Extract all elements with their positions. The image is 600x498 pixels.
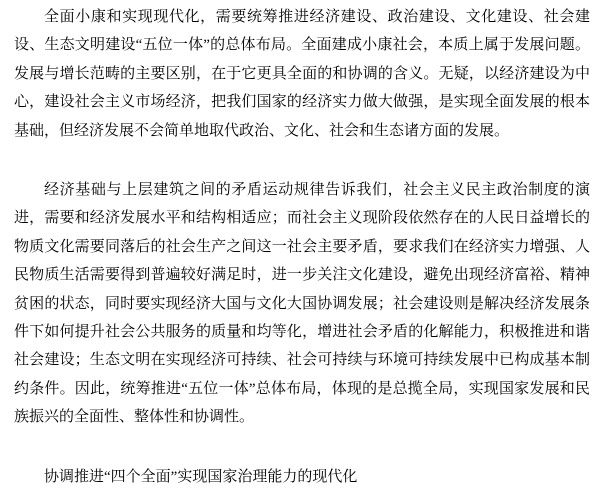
paragraph-four-comprehensives-heading: 协调推进“四个全面”实现国家治理能力的现代化 <box>14 463 590 491</box>
paragraph-five-in-one: 全面小康和实现现代化，需要统筹推进经济建设、政治建设、文化建设、社会建设、生态文… <box>14 3 590 145</box>
document-page: 全面小康和实现现代化，需要统筹推进经济建设、政治建设、文化建设、社会建设、生态文… <box>0 0 600 498</box>
paragraph-economic-base: 经济基础与上层建筑之间的矛盾运动规律告诉我们，社会主义民主政治制度的演进，需要和… <box>14 176 590 432</box>
